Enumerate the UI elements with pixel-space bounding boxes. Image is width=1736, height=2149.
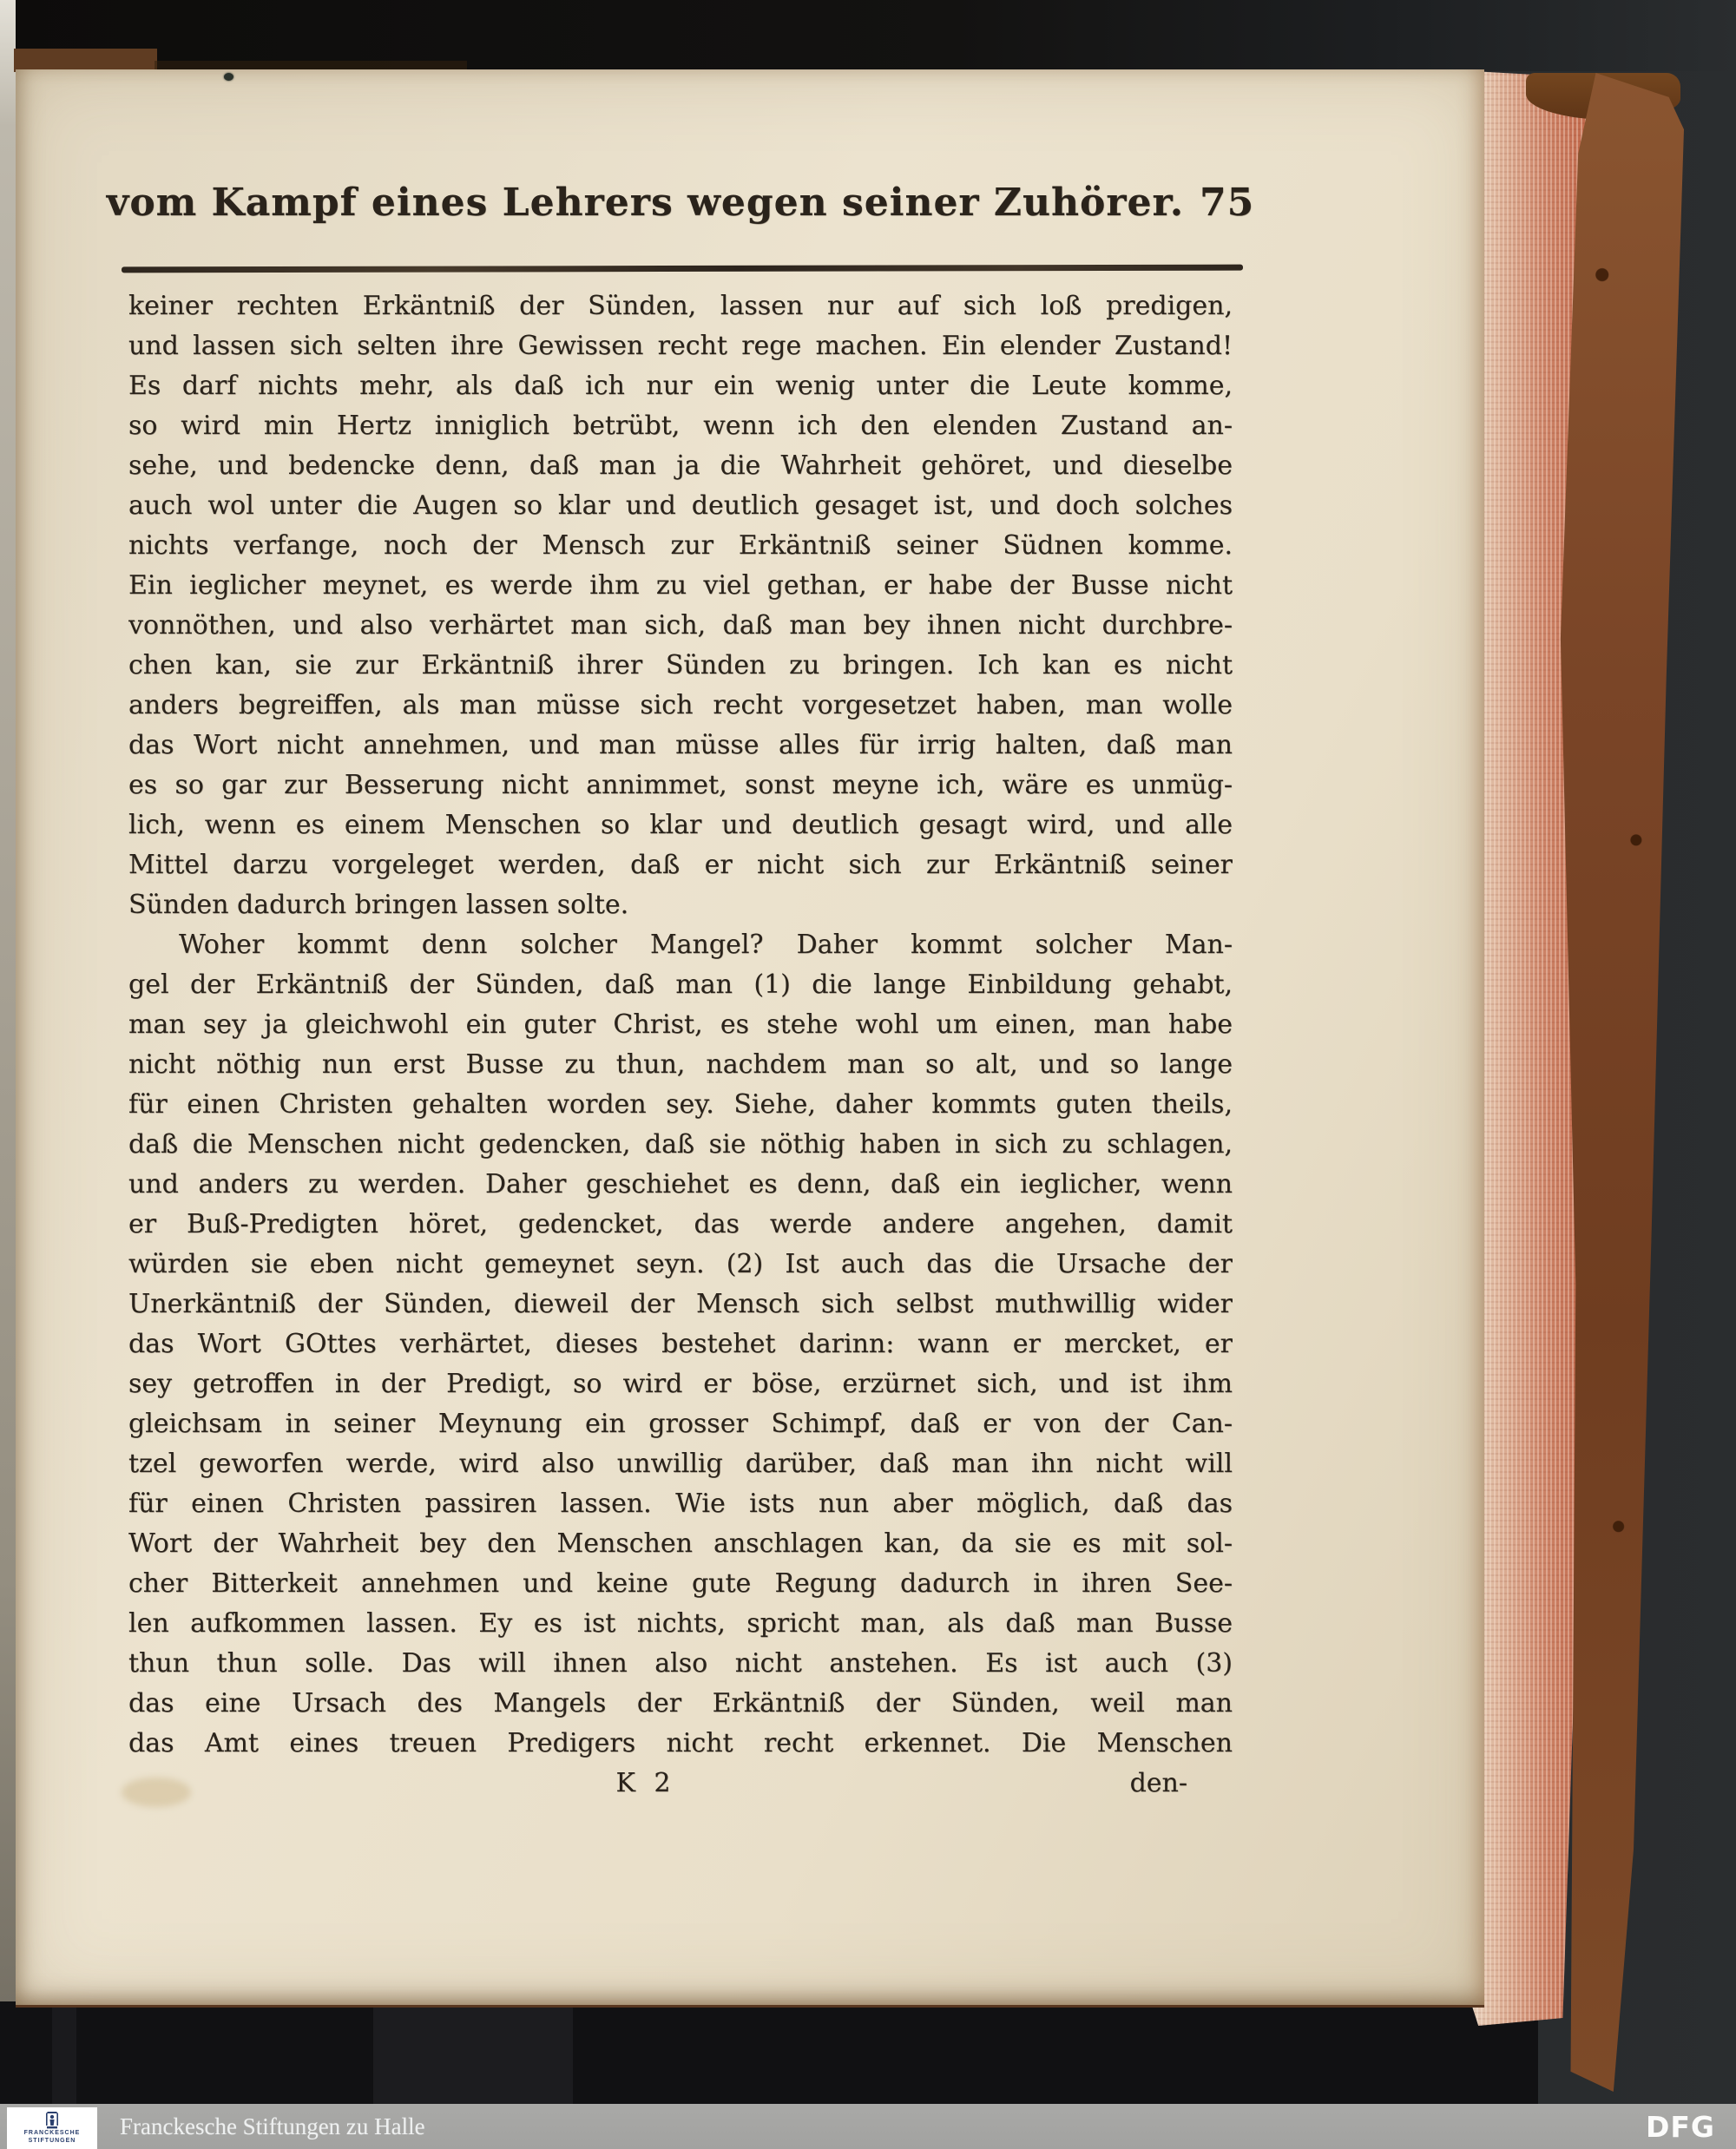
signature-line: K 2 den- — [128, 1764, 1233, 1804]
logo-caption-line1: FRANCKESCHE — [24, 2130, 81, 2137]
gathering-signature: K 2 — [94, 1764, 1198, 1804]
dfg-logo: DFG — [1646, 2104, 1715, 2149]
text-line: anders begreiffen, als man müsse sich re… — [128, 686, 1233, 726]
text-line: das Amt eines treuen Predigers nicht rec… — [128, 1724, 1233, 1764]
text-line: Woher kommt denn solcher Mangel? Daher k… — [128, 925, 1233, 965]
text-line: er Buß-Predigten höret, gedencket, das w… — [128, 1205, 1233, 1245]
text-line: Mittel darzu vorgeleget werden, daß er n… — [128, 845, 1233, 885]
text-line: vonnöthen, und also verhärtet man sich, … — [128, 606, 1233, 646]
text-line: lich, wenn es einem Menschen so klar und… — [128, 805, 1233, 845]
text-line: thun thun solle. Das will ihnen also nic… — [128, 1644, 1233, 1684]
header-rule — [122, 265, 1243, 273]
text-line: cher Bitterkeit annehmen und keine gute … — [128, 1564, 1233, 1604]
page-bottom-shadow — [0, 2001, 1538, 2104]
shadow-band — [52, 2001, 76, 2104]
text-line: keiner rechten Erkäntniß der Sünden, las… — [128, 286, 1233, 326]
text-line: für einen Christen passiren lassen. Wie … — [128, 1484, 1233, 1524]
text-line: Es darf nichts mehr, als daß ich nur ein… — [128, 366, 1233, 406]
text-line: würden sie eben nicht gemeynet seyn. (2)… — [128, 1245, 1233, 1285]
text-line: len aufkommen lassen. Ey es ist nichts, … — [128, 1604, 1233, 1644]
running-header: vom Kampf eines Lehrers wegen seiner Zuh… — [128, 181, 1233, 236]
francke-monument-icon — [44, 2112, 60, 2129]
text-line: Ein ieglicher meynet, es werde ihm zu vi… — [128, 566, 1233, 606]
scan-left-edge — [0, 0, 16, 2104]
franckesche-stiftungen-logo: FRANCKESCHE STIFTUNGEN — [7, 2107, 97, 2149]
text-line: sehe, und bedencke denn, daß man ja die … — [128, 446, 1233, 486]
text-line: sey getroffen in der Predigt, so wird er… — [128, 1364, 1233, 1404]
text-line: und anders zu werden. Daher geschiehet e… — [128, 1165, 1233, 1205]
text-line: es so gar zur Besserung nicht annimmet, … — [128, 766, 1233, 805]
page-number: 75 — [1200, 181, 1254, 225]
book-head-edge — [14, 49, 157, 72]
body-text: keiner rechten Erkäntniß der Sünden, las… — [128, 286, 1233, 1764]
text-line: gel der Erkäntniß der Sünden, daß man (1… — [128, 965, 1233, 1005]
digitisation-footer-bar: FRANCKESCHE STIFTUNGEN Franckesche Stift… — [0, 2104, 1736, 2149]
scanned-book-page-photo: vom Kampf eines Lehrers wegen seiner Zuh… — [0, 0, 1736, 2149]
text-line: chen kan, sie zur Erkäntniß ihrer Sünden… — [128, 646, 1233, 686]
text-line: daß die Menschen nicht gedencken, daß si… — [128, 1125, 1233, 1165]
text-line: nicht nöthig nun erst Busse zu thun, nac… — [128, 1045, 1233, 1085]
text-line: man sey ja gleichwohl ein guter Christ, … — [128, 1005, 1233, 1045]
text-line: tzel geworfen werde, wird also unwillig … — [128, 1444, 1233, 1484]
text-line: nichts verfange, noch der Mensch zur Erk… — [128, 526, 1233, 566]
running-title: vom Kampf eines Lehrers wegen seiner Zuh… — [107, 181, 1184, 225]
text-line: und lassen sich selten ihre Gewissen rec… — [128, 326, 1233, 366]
text-line: das Wort nicht annehmen, und man müsse a… — [128, 726, 1233, 766]
text-line: für einen Christen gehalten worden sey. … — [128, 1085, 1233, 1125]
text-line: Wort der Wahrheit bey den Menschen ansch… — [128, 1524, 1233, 1564]
book-cover-edge — [1558, 73, 1684, 2092]
text-line: Sünden dadurch bringen lassen solte. — [128, 885, 1233, 925]
text-line: auch wol unter die Augen so klar und deu… — [128, 486, 1233, 526]
ink-speck — [224, 73, 233, 81]
text-line: Unerkäntniß der Sünden, dieweil der Mens… — [128, 1285, 1233, 1324]
catchword: den- — [1130, 1764, 1187, 1804]
text-line: das Wort GOttes verhärtet, dieses besteh… — [128, 1324, 1233, 1364]
institution-name: Franckesche Stiftungen zu Halle — [120, 2104, 425, 2149]
logo-caption-line2: STIFTUNGEN — [29, 2138, 76, 2145]
shadow-band — [373, 2001, 573, 2104]
book-page: vom Kampf eines Lehrers wegen seiner Zuh… — [16, 69, 1484, 2008]
text-line: das eine Ursach des Mangels der Erkäntni… — [128, 1684, 1233, 1724]
text-line: so wird min Hertz inniglich betrübt, wen… — [128, 406, 1233, 446]
text-line: gleichsam in seiner Meynung ein grosser … — [128, 1404, 1233, 1444]
